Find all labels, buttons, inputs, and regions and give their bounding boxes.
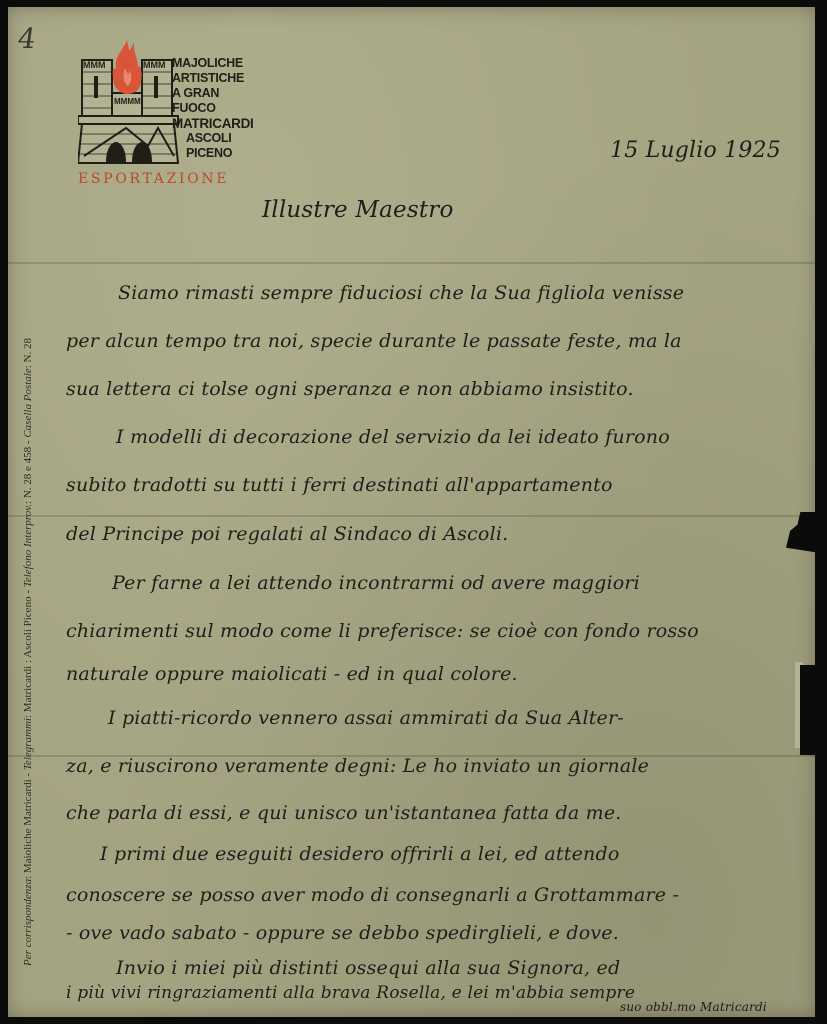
body-line: per alcun tempo tra noi, specie durante … xyxy=(66,330,682,352)
signature: suo obbl.mo Matricardi xyxy=(620,1000,767,1014)
contact-value: : Maioliche Matricardi - xyxy=(22,770,34,879)
paper-tear xyxy=(800,665,827,755)
phone-value: : N. 28 e 458 - xyxy=(22,438,34,504)
company-line: ARTISTICHE xyxy=(172,71,264,86)
svg-text:MMMM: MMMM xyxy=(114,97,141,106)
contact-label: Per corrispondenza xyxy=(22,879,34,966)
company-line: A GRAN xyxy=(172,86,264,101)
telegram-value: : Matricardi : Ascoli Piceno - xyxy=(22,587,34,718)
body-line: I modelli di decorazione del servizio da… xyxy=(116,426,670,448)
export-label: ESPORTAZIONE xyxy=(78,171,229,187)
company-line: MATRICARDI xyxy=(172,116,264,131)
body-line: za, e riuscirono veramente degni: Le ho … xyxy=(66,755,649,777)
body-line: sua lettera ci tolse ogni speranza e non… xyxy=(66,378,634,400)
body-line: i più vivi ringraziamenti alla brava Ros… xyxy=(66,983,635,1003)
po-box-value: : N. 28 xyxy=(22,338,34,368)
body-line: I piatti-ricordo vennero assai ammirati … xyxy=(108,707,624,729)
phone-label: Telefono Interprov. xyxy=(22,504,34,587)
company-line: FUOCO xyxy=(172,101,264,116)
body-line: Per farne a lei attendo incontrarmi od a… xyxy=(112,572,640,594)
body-line: conoscere se posso aver modo di consegna… xyxy=(66,884,679,906)
telegram-label: Telegrammi xyxy=(22,718,34,770)
po-box-label: Casella Postale xyxy=(22,368,34,437)
salutation: Illustre Maestro xyxy=(262,197,454,223)
body-line: che parla di essi, e qui unisco un'istan… xyxy=(66,802,622,824)
fold-line xyxy=(8,262,816,264)
letter-date: 15 Luglio 1925 xyxy=(610,138,781,163)
body-line: subito tradotti su tutti i ferri destina… xyxy=(66,474,613,496)
svg-text:MMM: MMM xyxy=(143,60,166,70)
svg-text:MMM: MMM xyxy=(83,60,106,70)
body-line: Invio i miei più distinti ossequi alla s… xyxy=(116,957,620,979)
letterhead-contact-info: Per corrispondenza: Maioliche Matricardi… xyxy=(22,226,34,966)
body-line: del Principe poi regalati al Sindaco di … xyxy=(66,523,508,545)
body-line: chiarimenti sul modo come li preferisce:… xyxy=(66,620,699,642)
company-line: PICENO xyxy=(172,146,264,161)
fold-line xyxy=(8,515,816,517)
body-line: - ove vado sabato - oppure se debbo sped… xyxy=(66,922,619,944)
company-name: MAJOLICHE ARTISTICHE A GRAN FUOCO MATRIC… xyxy=(172,56,264,161)
body-line: naturale oppure maiolicati - ed in qual … xyxy=(66,663,518,685)
body-line: Siamo rimasti sempre fiduciosi che la Su… xyxy=(118,282,684,304)
company-line: ASCOLI xyxy=(172,131,264,146)
body-line: I primi due eseguiti desidero offrirli a… xyxy=(100,843,619,865)
company-line: MAJOLICHE xyxy=(172,56,264,71)
